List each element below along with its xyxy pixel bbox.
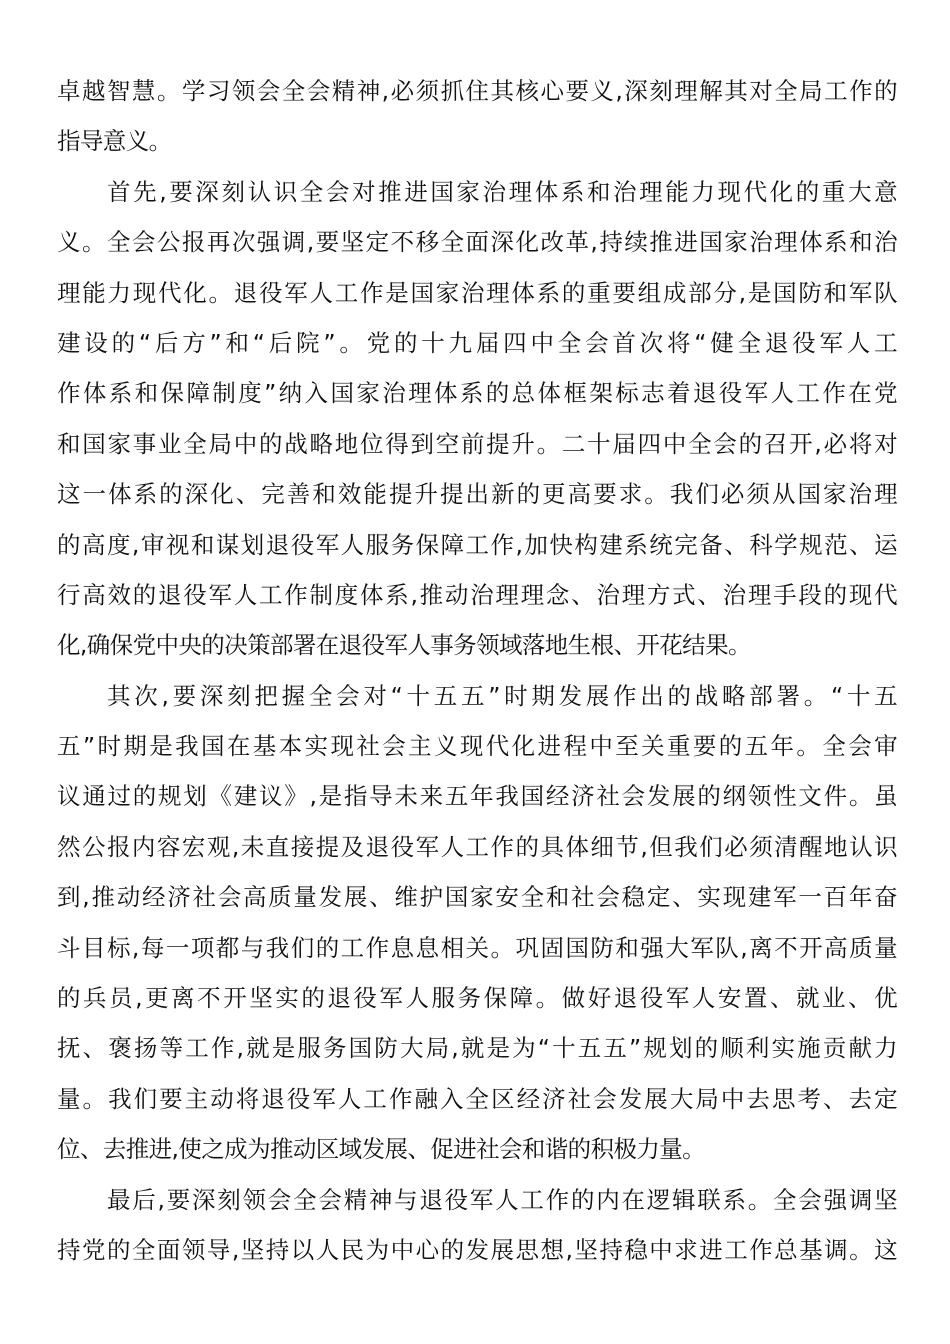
text-line: 化,确保党中央的决策部署在退役军人事务领域落地生根、开花结果。 xyxy=(57,620,897,670)
document-page: 卓越智慧。学习领会全会精神,必须抓住其核心要义,深刻理解其对全局工作的 指导意义… xyxy=(57,66,897,1275)
text-line: 这一体系的深化、完善和效能提升提出新的更高要求。我们必须从国家治理 xyxy=(57,469,897,519)
text-line: 持党的全面领导,坚持以人民为中心的发展思想,坚持稳中求进工作总基调。这 xyxy=(57,1225,897,1275)
text-line: 议通过的规划《建议》,是指导未来五年我国经济社会发展的纲领性文件。虽 xyxy=(57,771,897,821)
text-line: 的高度,审视和谋划退役军人服务保障工作,加快构建系统完备、科学规范、运 xyxy=(57,520,897,570)
text-line: 行高效的退役军人工作制度体系,推动治理理念、治理方式、治理手段的现代 xyxy=(57,570,897,620)
text-line: 卓越智慧。学习领会全会精神,必须抓住其核心要义,深刻理解其对全局工作的 xyxy=(57,66,897,116)
text-line: 和国家事业全局中的战略地位得到空前提升。二十届四中全会的召开,必将对 xyxy=(57,419,897,469)
text-line: 五”时期是我国在基本实现社会主义现代化进程中至关重要的五年。全会审 xyxy=(57,721,897,771)
text-line: 抚、褒扬等工作,就是服务国防大局,就是为“十五五”规划的顺利实施贡献力 xyxy=(57,1023,897,1073)
text-line: 到,推动经济社会高质量发展、维护国家安全和社会稳定、实现建军一百年奋 xyxy=(57,872,897,922)
paragraph-first-line: 首先,要深刻认识全会对推进国家治理体系和治理能力现代化的重大意 xyxy=(57,167,897,217)
text-line: 然公报内容宏观,未直接提及退役军人工作的具体细节,但我们必须清醒地认识 xyxy=(57,822,897,872)
paragraph-first-line: 其次,要深刻把握全会对“十五五”时期发展作出的战略部署。“十五 xyxy=(57,671,897,721)
text-line: 量。我们要主动将退役军人工作融入全区经济社会发展大局中去思考、去定 xyxy=(57,1074,897,1124)
text-line: 义。全会公报再次强调,要坚定不移全面深化改革,持续推进国家治理体系和治 xyxy=(57,217,897,267)
paragraph-first-line: 最后,要深刻领会全会精神与退役军人工作的内在逻辑联系。全会强调坚 xyxy=(57,1175,897,1225)
text-line: 作体系和保障制度”纳入国家治理体系的总体框架标志着退役军人工作在党 xyxy=(57,368,897,418)
text-line: 建设的“后方”和“后院”。党的十九届四中全会首次将“健全退役军人工 xyxy=(57,318,897,368)
text-line: 斗目标,每一项都与我们的工作息息相关。巩固国防和强大军队,离不开高质量 xyxy=(57,923,897,973)
text-line: 指导意义。 xyxy=(57,116,897,166)
text-line: 的兵员,更离不开坚实的退役军人服务保障。做好退役军人安置、就业、优 xyxy=(57,973,897,1023)
text-line: 位、去推进,使之成为推动区域发展、促进社会和谐的积极力量。 xyxy=(57,1124,897,1174)
text-line: 理能力现代化。退役军人工作是国家治理体系的重要组成部分,是国防和军队 xyxy=(57,268,897,318)
